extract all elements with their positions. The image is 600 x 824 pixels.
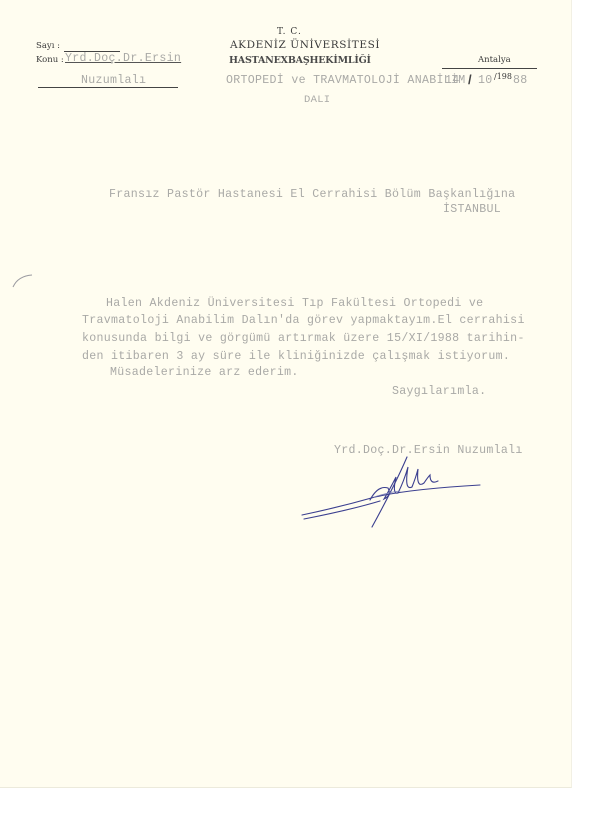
date-slash: / [468,72,472,87]
city-line [442,68,537,69]
konu-label: Konu : [36,55,64,65]
date-year: 88 [513,74,528,87]
department-name: ORTOPEDİ ve TRAVMATOLOJİ ANABİLİM [226,74,466,87]
letter-paper: Sayı : Konu : Yrd.Doç.Dr.Ersin Nuzumlalı… [0,0,572,788]
recipient-line: Fransız Pastör Hastanesi El Cerrahisi Bö… [109,188,515,201]
body-line: konusunda bilgi ve görgümü artırmak üzer… [82,332,525,345]
body-line: Travmatoloji Anabilim Dalın'da görev yap… [82,314,525,327]
recipient-city: İSTANBUL [443,203,501,216]
city-label: Antalya [478,55,511,65]
konu-value-line2: Nuzumlalı [81,74,146,87]
body-line: den itibaren 3 ay süre ile kliniğinizde … [82,350,510,363]
signature-icon [300,455,500,535]
letterhead-university: AKDENİZ ÜNİVERSİTESİ [230,39,380,51]
date-day: 14 [445,74,460,87]
date-year-prefix: /198 [494,72,512,81]
letterhead-tc: T. C. [277,27,302,37]
date-month: 10 [478,74,493,87]
body-line: Halen Akdeniz Üniversitesi Tıp Fakültesi… [106,297,483,310]
body-line: Müsadelerinize arz ederim. [110,366,299,379]
say-label: Sayı : [36,41,60,51]
closing-text: Saygılarımla. [392,385,486,398]
konu-field-line [38,87,178,88]
margin-mark-icon [10,270,40,290]
konu-value: Yrd.Doç.Dr.Ersin [65,52,181,65]
department-name-line2: DALI [304,94,330,106]
letterhead-office: HASTANEXBAŞHEKİMLİĞİ [229,55,371,66]
